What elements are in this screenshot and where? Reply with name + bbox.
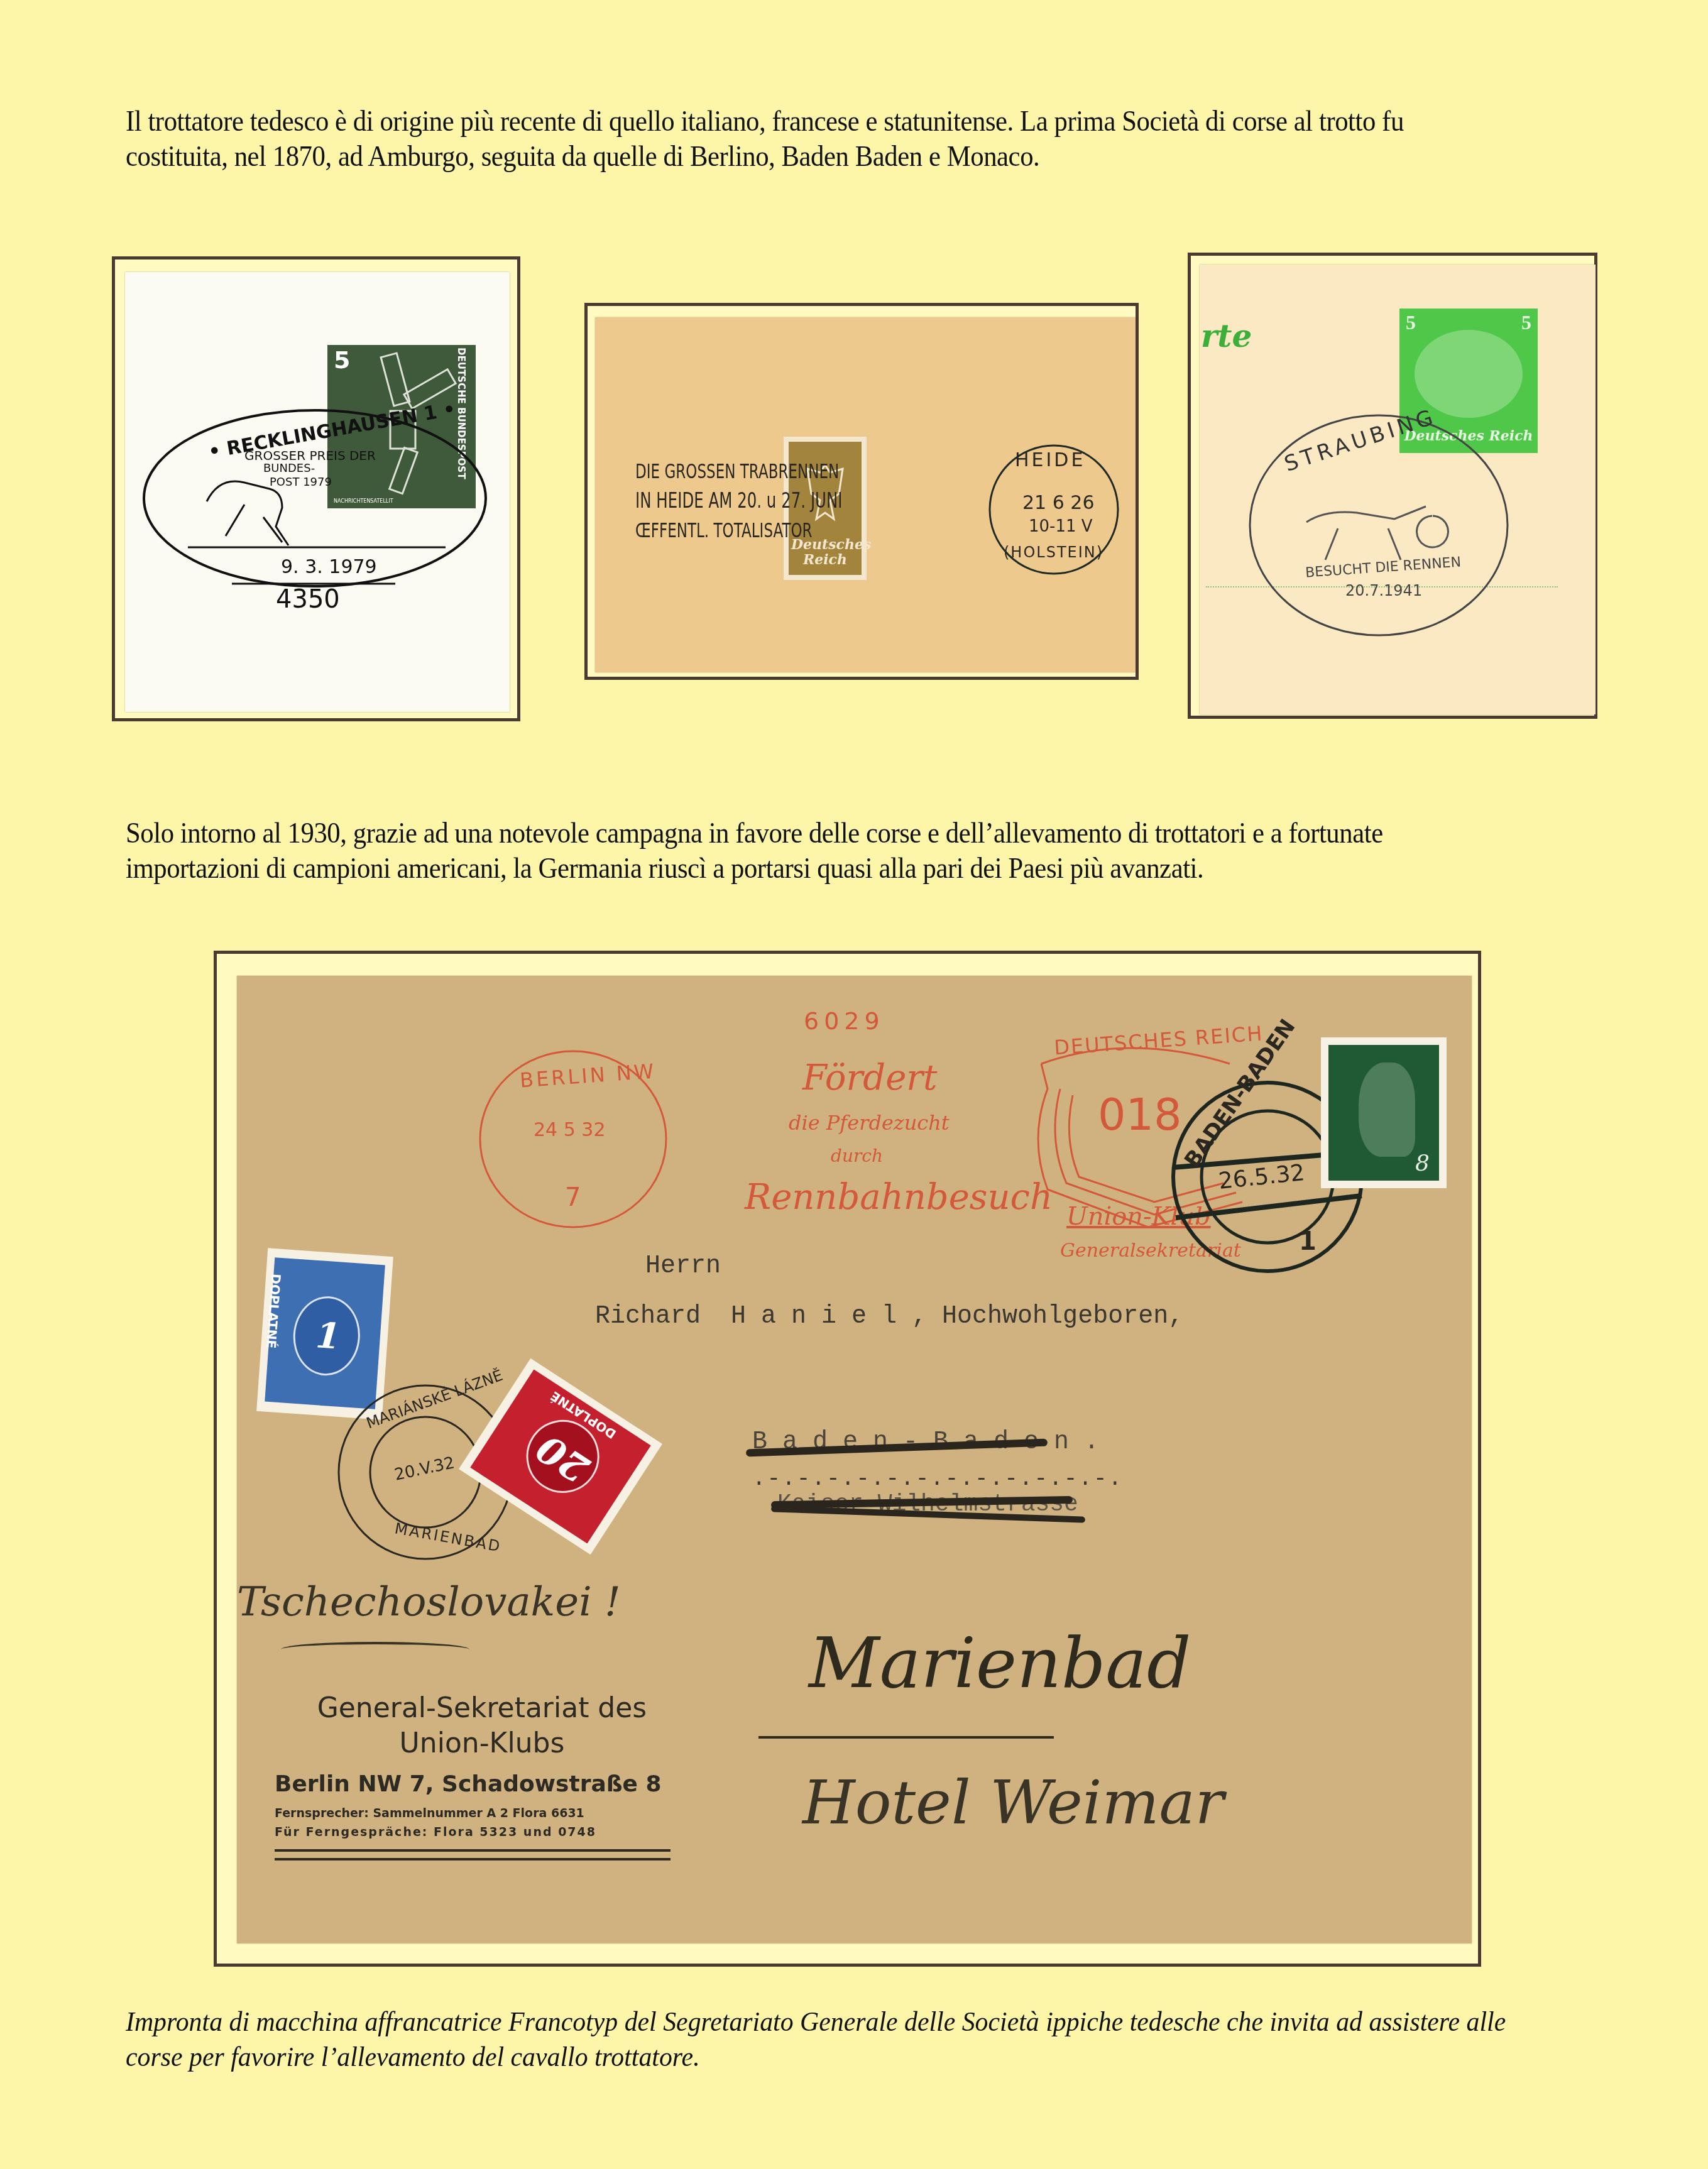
slogan-line1: DIE GROSSEN TRABRENNEN <box>635 459 839 483</box>
postmark-date: 20.7.1941 <box>1345 582 1422 599</box>
sender-rule-1 <box>275 1849 671 1852</box>
stamp-value: 5 <box>334 346 350 374</box>
berlin-district: 7 <box>565 1183 581 1212</box>
handwritten-hotel: Hotel Weimar <box>802 1767 1224 1838</box>
postmark-date: 21 6 26 <box>1022 492 1095 514</box>
postmark-date: 9. 3. 1979 <box>281 556 377 578</box>
postmark-time: 10-11 V <box>1029 517 1093 536</box>
due-blue-value: 1 <box>315 1314 342 1358</box>
handwritten-country: Tschechoslovakei ! <box>237 1579 621 1625</box>
sender-line1: General-Sekretariat des <box>287 1692 677 1724</box>
postmark-line1: GROSSER PREIS DER <box>244 448 376 463</box>
baden-postmark-num: 1 <box>1299 1227 1317 1256</box>
envelope-caption: Impronta di macchina affrancatrice Franc… <box>126 2004 1523 2075</box>
meter-slogan-3: durch <box>831 1145 883 1166</box>
address-name: Richard H a n i e l , Hochwohlgeboren, <box>595 1303 1183 1331</box>
envelope-cover: 6029 BERLIN NW 24 5 32 7 Fördert die Pfe… <box>237 976 1472 1943</box>
slogan-line3: ŒFFENTL. TOTALISATOR <box>635 518 813 542</box>
exhibit-frame-recklinghausen: 5 DEUTSCHE BUNDESPOST NACHRICHTENSATELLI… <box>112 256 520 721</box>
slogan-line2: IN HEIDE AM 20. u 27. JUNI <box>635 488 843 513</box>
handwritten-swash <box>281 1642 469 1657</box>
postmark-town: HEIDE <box>1015 449 1085 471</box>
postmark-line3: POST 1979 <box>270 476 332 489</box>
sender-line4: Fernsprecher: Sammelnummer A 2 Flora 663… <box>275 1806 584 1820</box>
meter-number: 6029 <box>804 1007 885 1035</box>
intro-paragraph: Il trottatore tedesco è di origine più r… <box>126 104 1493 174</box>
sender-line5: Für Ferngespräche: Flora 5323 und 0748 <box>275 1825 596 1839</box>
stamp-value-right: 5 <box>1521 311 1531 334</box>
postmark-zip: 4350 <box>276 585 340 614</box>
cover-piece-heide: Deutsches Reich DIE GROSSEN TRABRENNEN I… <box>595 317 1136 672</box>
second-paragraph: Solo intorno al 1930, grazie ad una note… <box>126 816 1493 886</box>
exhibit-frame-straubing: rte 5 5 Deutsches Reich STRAUBING BESUCH… <box>1188 253 1597 719</box>
sender-rule-2 <box>275 1858 671 1860</box>
postmark-region: (HOLSTEIN) <box>1004 544 1103 561</box>
postcard-piece-straubing: rte 5 5 Deutsches Reich STRAUBING BESUCH… <box>1200 265 1596 714</box>
meter-slogan-1: Fördert <box>802 1057 938 1098</box>
exhibit-frame-envelope: 6029 BERLIN NW 24 5 32 7 Fördert die Pfe… <box>214 951 1481 1967</box>
sender-line2: Union-Klubs <box>287 1727 677 1759</box>
handwritten-city: Marienbad <box>809 1623 1191 1703</box>
exhibit-frame-heide: Deutsches Reich DIE GROSSEN TRABRENNEN I… <box>584 303 1139 680</box>
cover-piece-recklinghausen: 5 DEUTSCHE BUNDESPOST NACHRICHTENSATELLI… <box>125 272 510 712</box>
green-stamp-value: 8 <box>1415 1150 1430 1176</box>
berlin-date: 24 5 32 <box>534 1119 606 1141</box>
stamp-value-left: 5 <box>1406 311 1416 334</box>
portrait-silhouette <box>1359 1063 1415 1157</box>
address-salutation: Herrn <box>645 1252 721 1281</box>
stamp-ebert-green: 8 <box>1321 1037 1447 1188</box>
meter-slogan-2: die Pferdezucht <box>789 1111 950 1135</box>
handwritten-underline <box>758 1736 1054 1739</box>
meter-slogan-4: Rennbahnbesuch <box>745 1177 1053 1218</box>
card-fragment-text: rte <box>1201 317 1252 354</box>
address-dots: .-.-.-.-.-.-.-.-.-.-.-.-. <box>752 1466 1123 1492</box>
sender-line3: Berlin NW 7, Schadowstraße 8 <box>275 1771 689 1797</box>
postmark-line2: BUNDES- <box>263 462 315 475</box>
